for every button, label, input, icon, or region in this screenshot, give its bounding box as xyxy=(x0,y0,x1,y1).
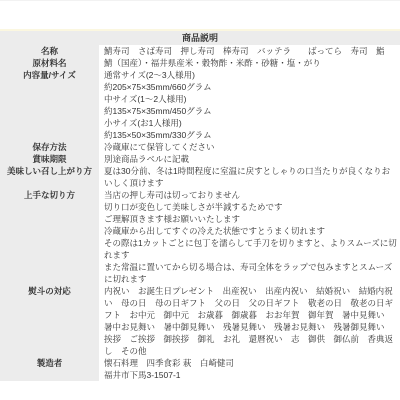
row-label: 保存方法 xyxy=(0,141,99,153)
row-noshi-support: 熨斗の対応 内祝い お誕生日プレゼント 出産祝い 出産内祝い 結婚祝い 結婚内祝… xyxy=(0,285,400,357)
row-value: 鯖寿司 さば寿司 押し寿司 棒寿司 バッテラ ばってら 寿司 鮨 xyxy=(99,45,400,57)
row-how-to-cut: 上手な切り方 当店の押し寿司は切っておりません 切り口が変色して美味しさが半減す… xyxy=(0,189,400,285)
row-product-name: 名称 鯖寿司 さば寿司 押し寿司 棒寿司 バッテラ ばってら 寿司 鮨 xyxy=(0,45,400,57)
row-label: 上手な切り方 xyxy=(0,189,99,285)
row-label: 熨斗の対応 xyxy=(0,285,99,357)
table-header: 商品説明 xyxy=(0,31,400,45)
row-value: 別途商品ラベルに記載 xyxy=(99,153,400,165)
row-label: 名称 xyxy=(0,45,99,57)
row-label: 内容量/サイズ xyxy=(0,69,99,141)
row-label: 製造者 xyxy=(0,357,99,381)
row-ingredients: 原材料名 鯖（国産）・福井県産米・穀物酢・米酢・砂糖・塩・がり xyxy=(0,57,400,69)
row-value: 冷蔵庫にて保管してください xyxy=(99,141,400,153)
product-page-section: 商品説明 名称 鯖寿司 さば寿司 押し寿司 棒寿司 バッテラ ばってら 寿司 鮨… xyxy=(0,0,400,400)
row-label: 美味しい召し上がり方 xyxy=(0,165,99,189)
product-description-table: 商品説明 名称 鯖寿司 さば寿司 押し寿司 棒寿司 バッテラ ばってら 寿司 鮨… xyxy=(0,29,400,381)
row-manufacturer: 製造者 懐石料理 四季食彩 萩 白崎健司 福井市下馬3-1507-1 xyxy=(0,357,400,381)
row-value: 当店の押し寿司は切っておりません 切り口が変色して美味しさが半減するためです ご… xyxy=(99,189,400,285)
row-value: 鯖（国産）・福井県産米・穀物酢・米酢・砂糖・塩・がり xyxy=(99,57,400,69)
row-content-size: 内容量/サイズ 通常サイズ(2～3人様用) 約205×75×35mm/660グラ… xyxy=(0,69,400,141)
row-label: 原材料名 xyxy=(0,57,99,69)
row-value: 懐石料理 四季食彩 萩 白崎健司 福井市下馬3-1507-1 xyxy=(99,357,400,381)
row-label: 賞味期限 xyxy=(0,153,99,165)
row-value: 夏は30分前、冬は1時間程度に室温に戻すとしゃりの口当たりが良くなりおいしく頂け… xyxy=(99,165,400,189)
row-value: 内祝い お誕生日プレゼント 出産祝い 出産内祝い 結婚祝い 結婚内祝い 母の日 … xyxy=(99,285,400,357)
row-how-to-eat: 美味しい召し上がり方 夏は30分前、冬は1時間程度に室温に戻すとしゃりの口当たり… xyxy=(0,165,400,189)
row-storage-method: 保存方法 冷蔵庫にて保管してください xyxy=(0,141,400,153)
row-best-before: 賞味期限 別途商品ラベルに記載 xyxy=(0,153,400,165)
row-value: 通常サイズ(2～3人様用) 約205×75×35mm/660グラム 中サイズ(1… xyxy=(99,69,400,141)
